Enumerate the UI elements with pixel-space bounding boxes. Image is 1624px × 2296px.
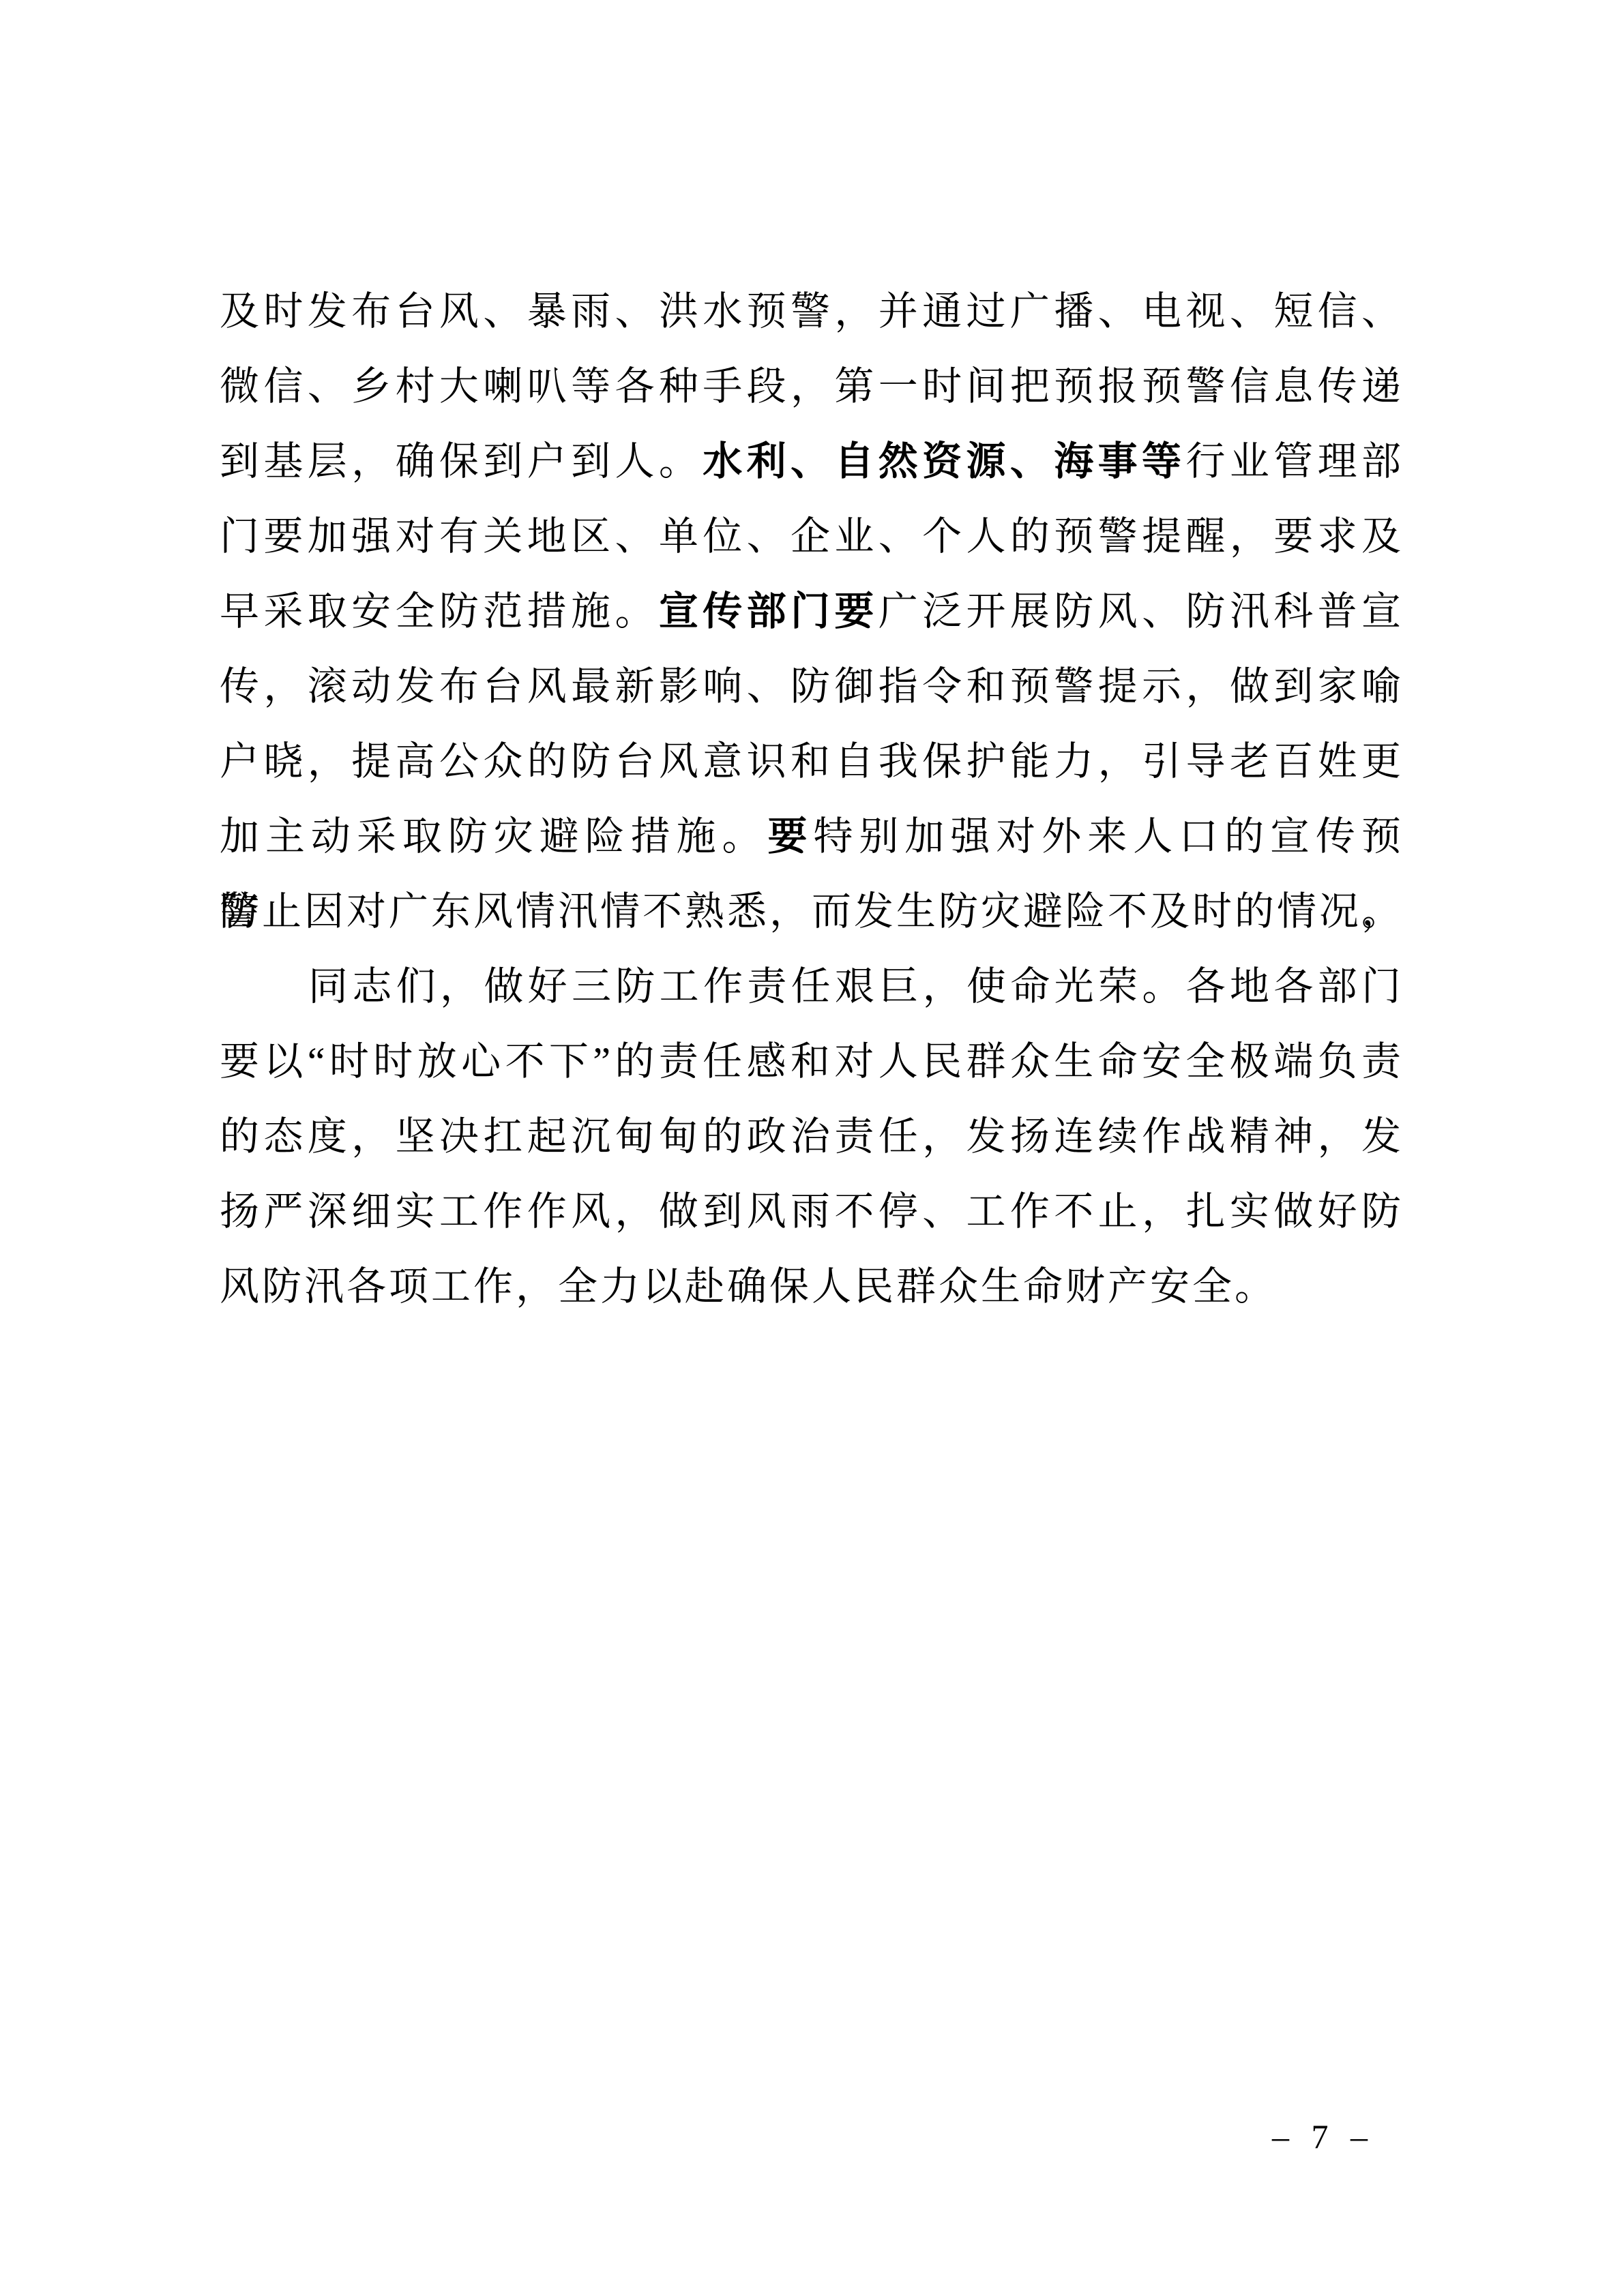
text-segment: 早采取安全防范措施。 (220, 589, 659, 633)
text-line: 传，滚动发布台风最新影响、防御指令和预警提示，做到家喻 (220, 649, 1404, 724)
text-segment: 微信、乡村大喇叭等各种手段，第一时间把预报预警信息传递 (220, 364, 1404, 408)
text-segment: 防止因对广东风情汛情不熟悉，而发生防灾避险不及时的情况。 (220, 889, 1404, 934)
text-line: 防止因对广东风情汛情不熟悉，而发生防灾避险不及时的情况。 (220, 874, 1404, 949)
text-line: 微信、乡村大喇叭等各种手段，第一时间把预报预警信息传递 (220, 349, 1404, 424)
text-segment: 的态度，坚决扛起沉甸甸的政治责任，发扬连续作战精神，发 (220, 1114, 1404, 1159)
text-line: 门要加强对有关地区、单位、企业、个人的预警提醒，要求及 (220, 499, 1404, 574)
text-line: 到基层，确保到户到人。水利、自然资源、海事等行业管理部 (220, 424, 1404, 499)
text-line: 及时发布台风、暴雨、洪水预警，并通过广播、电视、短信、 (220, 274, 1404, 349)
text-line: 要以“时时放心不下”的责任感和对人民群众生命安全极端负责 (220, 1024, 1404, 1099)
text-segment: 风防汛各项工作，全力以赴确保人民群众生命财产安全。 (220, 1264, 1277, 1309)
text-segment: 加主动采取防灾避险措施。 (220, 814, 768, 859)
text-segment: 传，滚动发布台风最新影响、防御指令和预警提示，做到家喻 (220, 664, 1404, 709)
text-segment: 户晓，提高公众的防台风意识和自我保护能力，引导老百姓更 (220, 739, 1404, 784)
text-segment: 及时发布台风、暴雨、洪水预警，并通过广播、电视、短信、 (220, 289, 1404, 333)
text-line: 户晓，提高公众的防台风意识和自我保护能力，引导老百姓更 (220, 724, 1404, 799)
bold-text-segment: 宣传部门要 (659, 589, 879, 633)
text-line: 扬严深细实工作作风，做到风雨不停、工作不止，扎实做好防 (220, 1174, 1404, 1249)
text-segment: 广泛开展防风、防汛科普宣 (879, 589, 1404, 633)
text-segment: 同志们，做好三防工作责任艰巨，使命光荣。各地各部门 (308, 964, 1404, 1009)
text-line: 风防汛各项工作，全力以赴确保人民群众生命财产安全。 (220, 1249, 1404, 1324)
text-line: 同志们，做好三防工作责任艰巨，使命光荣。各地各部门 (220, 949, 1404, 1024)
bold-text-segment: 要 (768, 814, 814, 859)
text-segment: 要以“时时放心不下”的责任感和对人民群众生命安全极端负责 (220, 1039, 1404, 1084)
text-segment: 扬严深细实工作作风，做到风雨不停、工作不止，扎实做好防 (220, 1189, 1404, 1234)
text-line: 加主动采取防灾避险措施。要特别加强对外来人口的宣传预警， (220, 799, 1404, 874)
page-number: – 7 – (1258, 2114, 1388, 2159)
bold-text-segment: 水利、自然资源、海事等 (703, 439, 1185, 483)
text-line: 的态度，坚决扛起沉甸甸的政治责任，发扬连续作战精神，发 (220, 1099, 1404, 1174)
document-body: 及时发布台风、暴雨、洪水预警，并通过广播、电视、短信、微信、乡村大喇叭等各种手段… (220, 274, 1404, 1324)
text-segment: 到基层，确保到户到人。 (220, 439, 703, 483)
text-segment: 门要加强对有关地区、单位、企业、个人的预警提醒，要求及 (220, 514, 1404, 558)
text-line: 早采取安全防范措施。宣传部门要广泛开展防风、防汛科普宣 (220, 574, 1404, 649)
document-page: 及时发布台风、暴雨、洪水预警，并通过广播、电视、短信、微信、乡村大喇叭等各种手段… (0, 0, 1624, 2296)
text-segment: 行业管理部 (1185, 439, 1404, 483)
